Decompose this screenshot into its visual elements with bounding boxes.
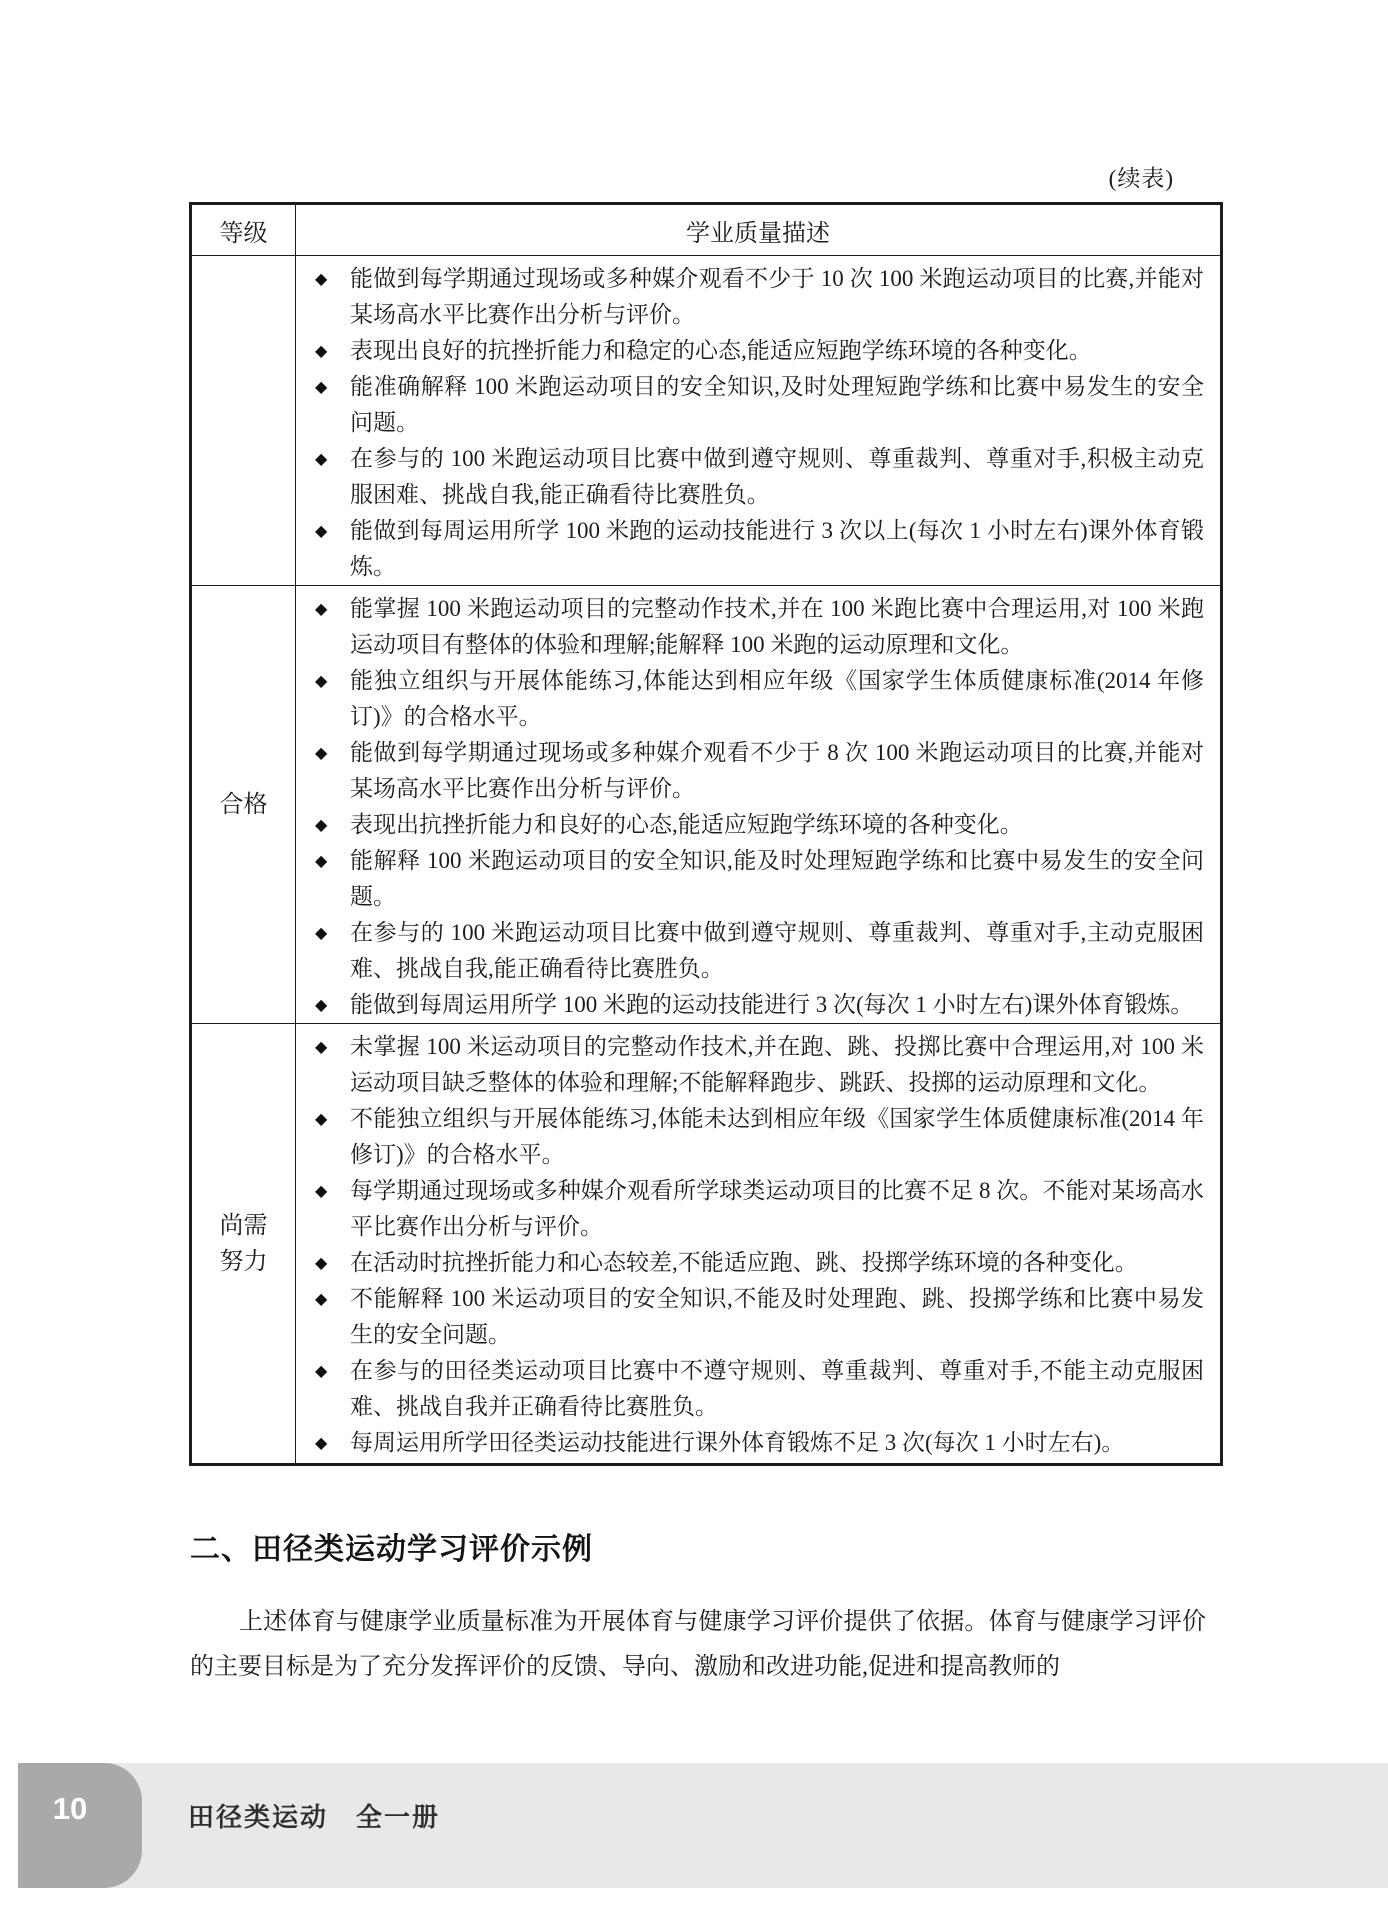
body-paragraph: 上述体育与健康学业质量标准为开展体育与健康学习评价提供了依据。体育与健康学习评价… (190, 1600, 1206, 1690)
bullet-text: 表现出良好的抗挫折能力和稳定的心态,能适应短跑学练环境的各种变化。 (350, 333, 1204, 369)
diamond-bullet-icon: ◆ (312, 807, 350, 843)
quality-bullet: ◆ 能做到每学期通过现场或多种媒介观看不少于 8 次 100 米跑运动项目的比赛… (312, 735, 1204, 807)
quality-bullet: ◆ 能掌握 100 米跑运动项目的完整动作技术,并在 100 米跑比赛中合理运用… (312, 591, 1204, 663)
diamond-bullet-icon: ◆ (312, 1353, 350, 1425)
quality-bullet: ◆ 在参与的 100 米跑运动项目比赛中做到遵守规则、尊重裁判、尊重对手,积极主… (312, 441, 1204, 513)
diamond-bullet-icon: ◆ (312, 1101, 350, 1173)
quality-bullet: ◆ 表现出良好的抗挫折能力和稳定的心态,能适应短跑学练环境的各种变化。 (312, 333, 1204, 369)
page-number: 10 (18, 1763, 122, 1827)
diamond-bullet-icon: ◆ (312, 663, 350, 735)
diamond-bullet-icon: ◆ (312, 915, 350, 987)
footer-bar: 10 田径类运动 全一册 (18, 1763, 1388, 1888)
description-cell: ◆ 未掌握 100 米运动项目的完整动作技术,并在跑、跳、投掷比赛中合理运用,对… (296, 1024, 1222, 1465)
bullet-text: 能做到每学期通过现场或多种媒介观看不少于 8 次 100 米跑运动项目的比赛,并… (350, 735, 1204, 807)
diamond-bullet-icon: ◆ (312, 369, 350, 441)
diamond-bullet-icon: ◆ (312, 843, 350, 915)
quality-bullet: ◆ 在参与的田径类运动项目比赛中不遵守规则、尊重裁判、尊重对手,不能主动克服困难… (312, 1353, 1204, 1425)
diamond-bullet-icon: ◆ (312, 333, 350, 369)
bullet-text: 每学期通过现场或多种媒介观看所学球类运动项目的比赛不足 8 次。不能对某场高水平… (350, 1173, 1204, 1245)
quality-bullet: ◆ 每学期通过现场或多种媒介观看所学球类运动项目的比赛不足 8 次。不能对某场高… (312, 1173, 1204, 1245)
grade-cell: 合格 (191, 586, 296, 1024)
footer-book-title: 田径类运动 全一册 (188, 1797, 440, 1834)
bullet-text: 能掌握 100 米跑运动项目的完整动作技术,并在 100 米跑比赛中合理运用,对… (350, 591, 1204, 663)
diamond-bullet-icon: ◆ (312, 513, 350, 585)
table-header-grade: 等级 (191, 204, 296, 256)
bullet-text: 能做到每周运用所学 100 米跑的运动技能进行 3 次以上(每次 1 小时左右)… (350, 513, 1204, 585)
bullet-text: 表现出抗挫折能力和良好的心态,能适应短跑学练环境的各种变化。 (350, 807, 1204, 843)
quality-bullet: ◆ 不能独立组织与开展体能练习,体能未达到相应年级《国家学生体质健康标准(201… (312, 1101, 1204, 1173)
diamond-bullet-icon: ◆ (312, 1173, 350, 1245)
textbook-page: (续表) 等级 学业质量描述 ◆ 能做到每学期通过现场或多种媒介观看不少于 10… (0, 0, 1388, 1917)
bullet-text: 在参与的田径类运动项目比赛中不遵守规则、尊重裁判、尊重对手,不能主动克服困难、挑… (350, 1353, 1204, 1425)
diamond-bullet-icon: ◆ (312, 441, 350, 513)
grade-cell (191, 256, 296, 586)
diamond-bullet-icon: ◆ (312, 1029, 350, 1101)
bullet-text: 能做到每学期通过现场或多种媒介观看不少于 10 次 100 米跑运动项目的比赛,… (350, 261, 1204, 333)
quality-bullet: ◆ 不能解释 100 米运动项目的安全知识,不能及时处理跑、跳、投掷学练和比赛中… (312, 1281, 1204, 1353)
grade-label: 合格 (215, 787, 273, 823)
bullet-text: 未掌握 100 米运动项目的完整动作技术,并在跑、跳、投掷比赛中合理运用,对 1… (350, 1029, 1204, 1101)
quality-bullet: ◆ 能准确解释 100 米跑运动项目的安全知识,及时处理短跑学练和比赛中易发生的… (312, 369, 1204, 441)
quality-bullet: ◆ 能解释 100 米跑运动项目的安全知识,能及时处理短跑学练和比赛中易发生的安… (312, 843, 1204, 915)
quality-bullet: ◆ 在参与的 100 米跑运动项目比赛中做到遵守规则、尊重裁判、尊重对手,主动克… (312, 915, 1204, 987)
table-row: 合格 ◆ 能掌握 100 米跑运动项目的完整动作技术,并在 100 米跑比赛中合… (191, 586, 1222, 1024)
quality-bullet: ◆ 能做到每学期通过现场或多种媒介观看不少于 10 次 100 米跑运动项目的比… (312, 261, 1204, 333)
diamond-bullet-icon: ◆ (312, 735, 350, 807)
diamond-bullet-icon: ◆ (312, 1425, 350, 1461)
table-header-description: 学业质量描述 (296, 204, 1222, 256)
grade-cell: 尚需努力 (191, 1024, 296, 1465)
diamond-bullet-icon: ◆ (312, 1281, 350, 1353)
description-cell: ◆ 能做到每学期通过现场或多种媒介观看不少于 10 次 100 米跑运动项目的比… (296, 256, 1222, 586)
bullet-text: 能解释 100 米跑运动项目的安全知识,能及时处理短跑学练和比赛中易发生的安全问… (350, 843, 1204, 915)
quality-bullet: ◆ 未掌握 100 米运动项目的完整动作技术,并在跑、跳、投掷比赛中合理运用,对… (312, 1029, 1204, 1101)
diamond-bullet-icon: ◆ (312, 987, 350, 1023)
bullet-text: 能做到每周运用所学 100 米跑的运动技能进行 3 次(每次 1 小时左右)课外… (350, 987, 1204, 1023)
table-row: 尚需努力 ◆ 未掌握 100 米运动项目的完整动作技术,并在跑、跳、投掷比赛中合… (191, 1024, 1222, 1465)
diamond-bullet-icon: ◆ (312, 1245, 350, 1281)
bullet-text: 在参与的 100 米跑运动项目比赛中做到遵守规则、尊重裁判、尊重对手,积极主动克… (350, 441, 1204, 513)
quality-bullet: ◆ 能做到每周运用所学 100 米跑的运动技能进行 3 次(每次 1 小时左右)… (312, 987, 1204, 1023)
table-row: ◆ 能做到每学期通过现场或多种媒介观看不少于 10 次 100 米跑运动项目的比… (191, 256, 1222, 586)
bullet-text: 在参与的 100 米跑运动项目比赛中做到遵守规则、尊重裁判、尊重对手,主动克服困… (350, 915, 1204, 987)
bullet-text: 能独立组织与开展体能练习,体能达到相应年级《国家学生体质健康标准(2014 年修… (350, 663, 1204, 735)
page-number-tab: 10 (18, 1763, 142, 1888)
bullet-text: 能准确解释 100 米跑运动项目的安全知识,及时处理短跑学练和比赛中易发生的安全… (350, 369, 1204, 441)
table-header-row: 等级 学业质量描述 (191, 204, 1222, 256)
quality-bullet: ◆ 能做到每周运用所学 100 米跑的运动技能进行 3 次以上(每次 1 小时左… (312, 513, 1204, 585)
description-cell: ◆ 能掌握 100 米跑运动项目的完整动作技术,并在 100 米跑比赛中合理运用… (296, 586, 1222, 1024)
section-heading: 二、田径类运动学习评价示例 (190, 1524, 593, 1568)
quality-bullet: ◆ 每周运用所学田径类运动技能进行课外体育锻炼不足 3 次(每次 1 小时左右)… (312, 1425, 1204, 1461)
bullet-text: 不能独立组织与开展体能练习,体能未达到相应年级《国家学生体质健康标准(2014 … (350, 1101, 1204, 1173)
quality-bullet: ◆ 在活动时抗挫折能力和心态较差,不能适应跑、跳、投掷学练环境的各种变化。 (312, 1245, 1204, 1281)
bullet-text: 每周运用所学田径类运动技能进行课外体育锻炼不足 3 次(每次 1 小时左右)。 (350, 1425, 1204, 1461)
grade-label: 尚需努力 (215, 1208, 273, 1280)
quality-bullet: ◆ 能独立组织与开展体能练习,体能达到相应年级《国家学生体质健康标准(2014 … (312, 663, 1204, 735)
diamond-bullet-icon: ◆ (312, 591, 350, 663)
quality-standards-table: 等级 学业质量描述 ◆ 能做到每学期通过现场或多种媒介观看不少于 10 次 10… (189, 202, 1223, 1466)
diamond-bullet-icon: ◆ (312, 261, 350, 333)
bullet-text: 不能解释 100 米运动项目的安全知识,不能及时处理跑、跳、投掷学练和比赛中易发… (350, 1281, 1204, 1353)
quality-bullet: ◆ 表现出抗挫折能力和良好的心态,能适应短跑学练环境的各种变化。 (312, 807, 1204, 843)
bullet-text: 在活动时抗挫折能力和心态较差,不能适应跑、跳、投掷学练环境的各种变化。 (350, 1245, 1204, 1281)
continued-table-label: (续表) (1109, 160, 1174, 193)
